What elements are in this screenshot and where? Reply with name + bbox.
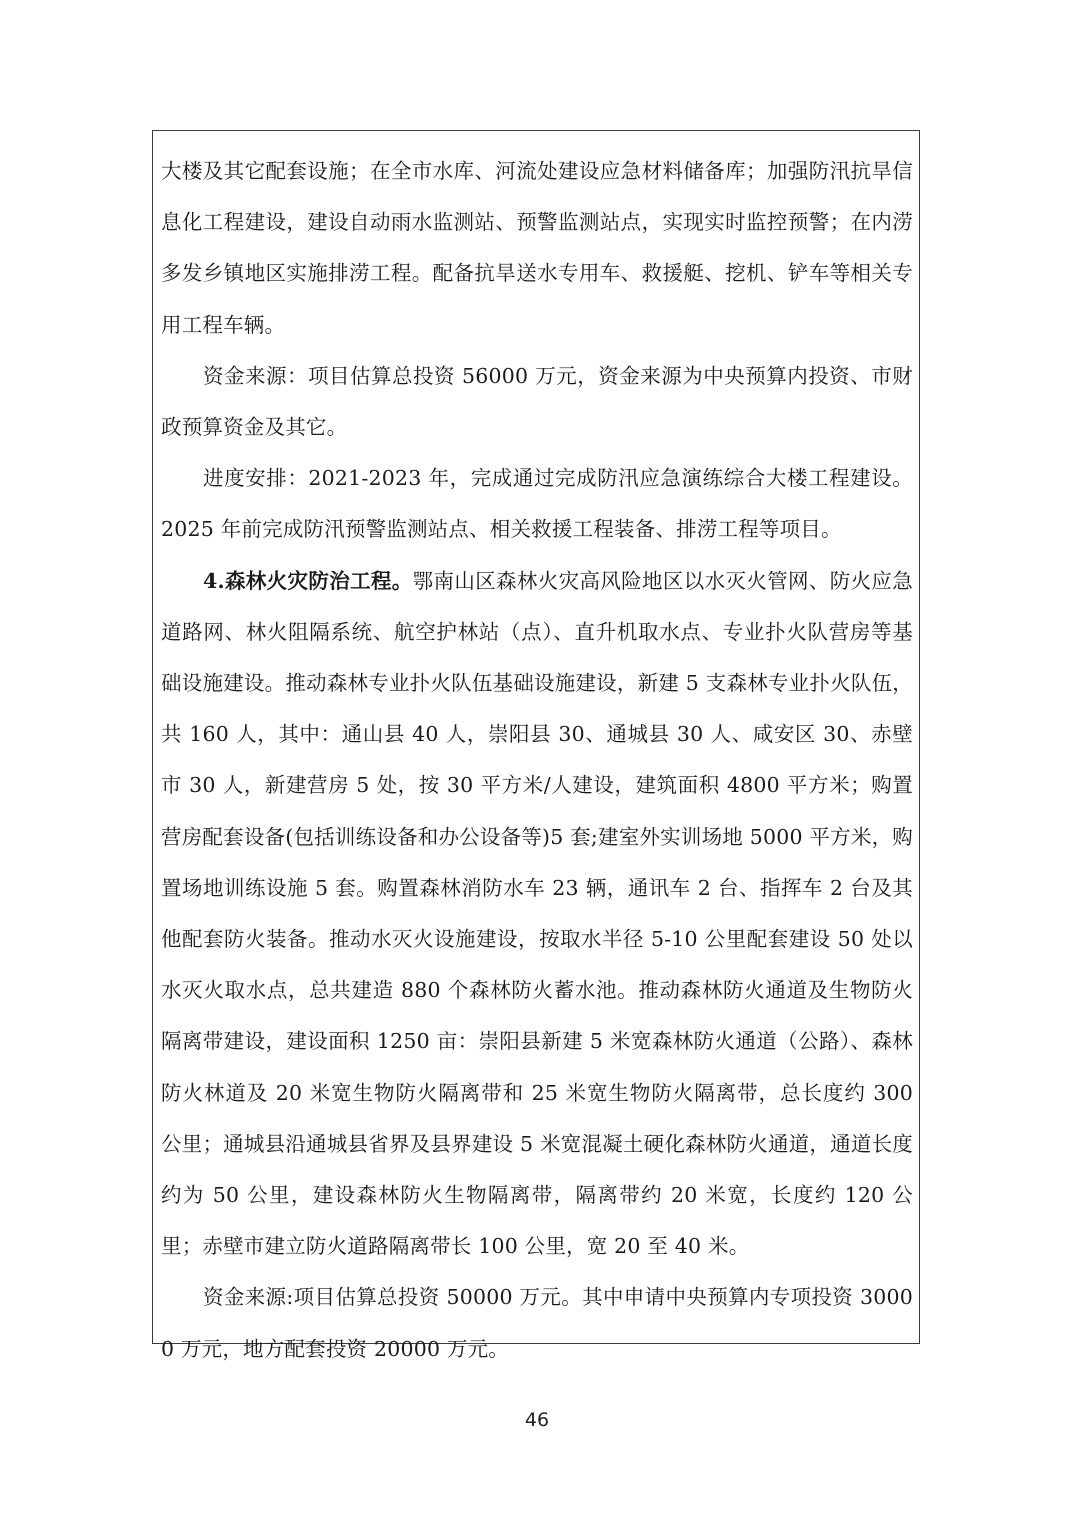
page-number: 46 [0,1409,1074,1431]
paragraph-text: 进度安排：2021-2023 年，完成通过完成防汛应急演练综合大楼工程建设。20… [161,466,913,541]
paragraph-text: 鄂南山区森林火灾高风险地区以水灭火管网、防火应急道路网、林火阻隔系统、航空护林站… [161,569,913,1259]
paragraph-text: 资金来源：项目估算总投资 56000 万元，资金来源为中央预算内投资、市财政预算… [161,364,913,439]
paragraph-text: 资金来源:项目估算总投资 50000 万元。其中申请中央预算内专项投资 3000… [161,1285,913,1360]
document-body: 大楼及其它配套设施；在全市水库、河流处建设应急材料储备库；加强防汛抗旱信息化工程… [161,146,913,1375]
paragraph-funding-flood: 资金来源：项目估算总投资 56000 万元，资金来源为中央预算内投资、市财政预算… [161,351,913,453]
section-heading: 4.森林火灾防治工程。 [203,569,413,593]
paragraph-equipment-continuation: 大楼及其它配套设施；在全市水库、河流处建设应急材料储备库；加强防汛抗旱信息化工程… [161,146,913,351]
paragraph-schedule-flood: 进度安排：2021-2023 年，完成通过完成防汛应急演练综合大楼工程建设。20… [161,453,913,555]
paragraph-text: 大楼及其它配套设施；在全市水库、河流处建设应急材料储备库；加强防汛抗旱信息化工程… [161,159,913,337]
paragraph-funding-forest: 资金来源:项目估算总投资 50000 万元。其中申请中央预算内专项投资 3000… [161,1272,913,1374]
paragraph-forest-fire: 4.森林火灾防治工程。鄂南山区森林火灾高风险地区以水灭火管网、防火应急道路网、林… [161,556,913,1273]
